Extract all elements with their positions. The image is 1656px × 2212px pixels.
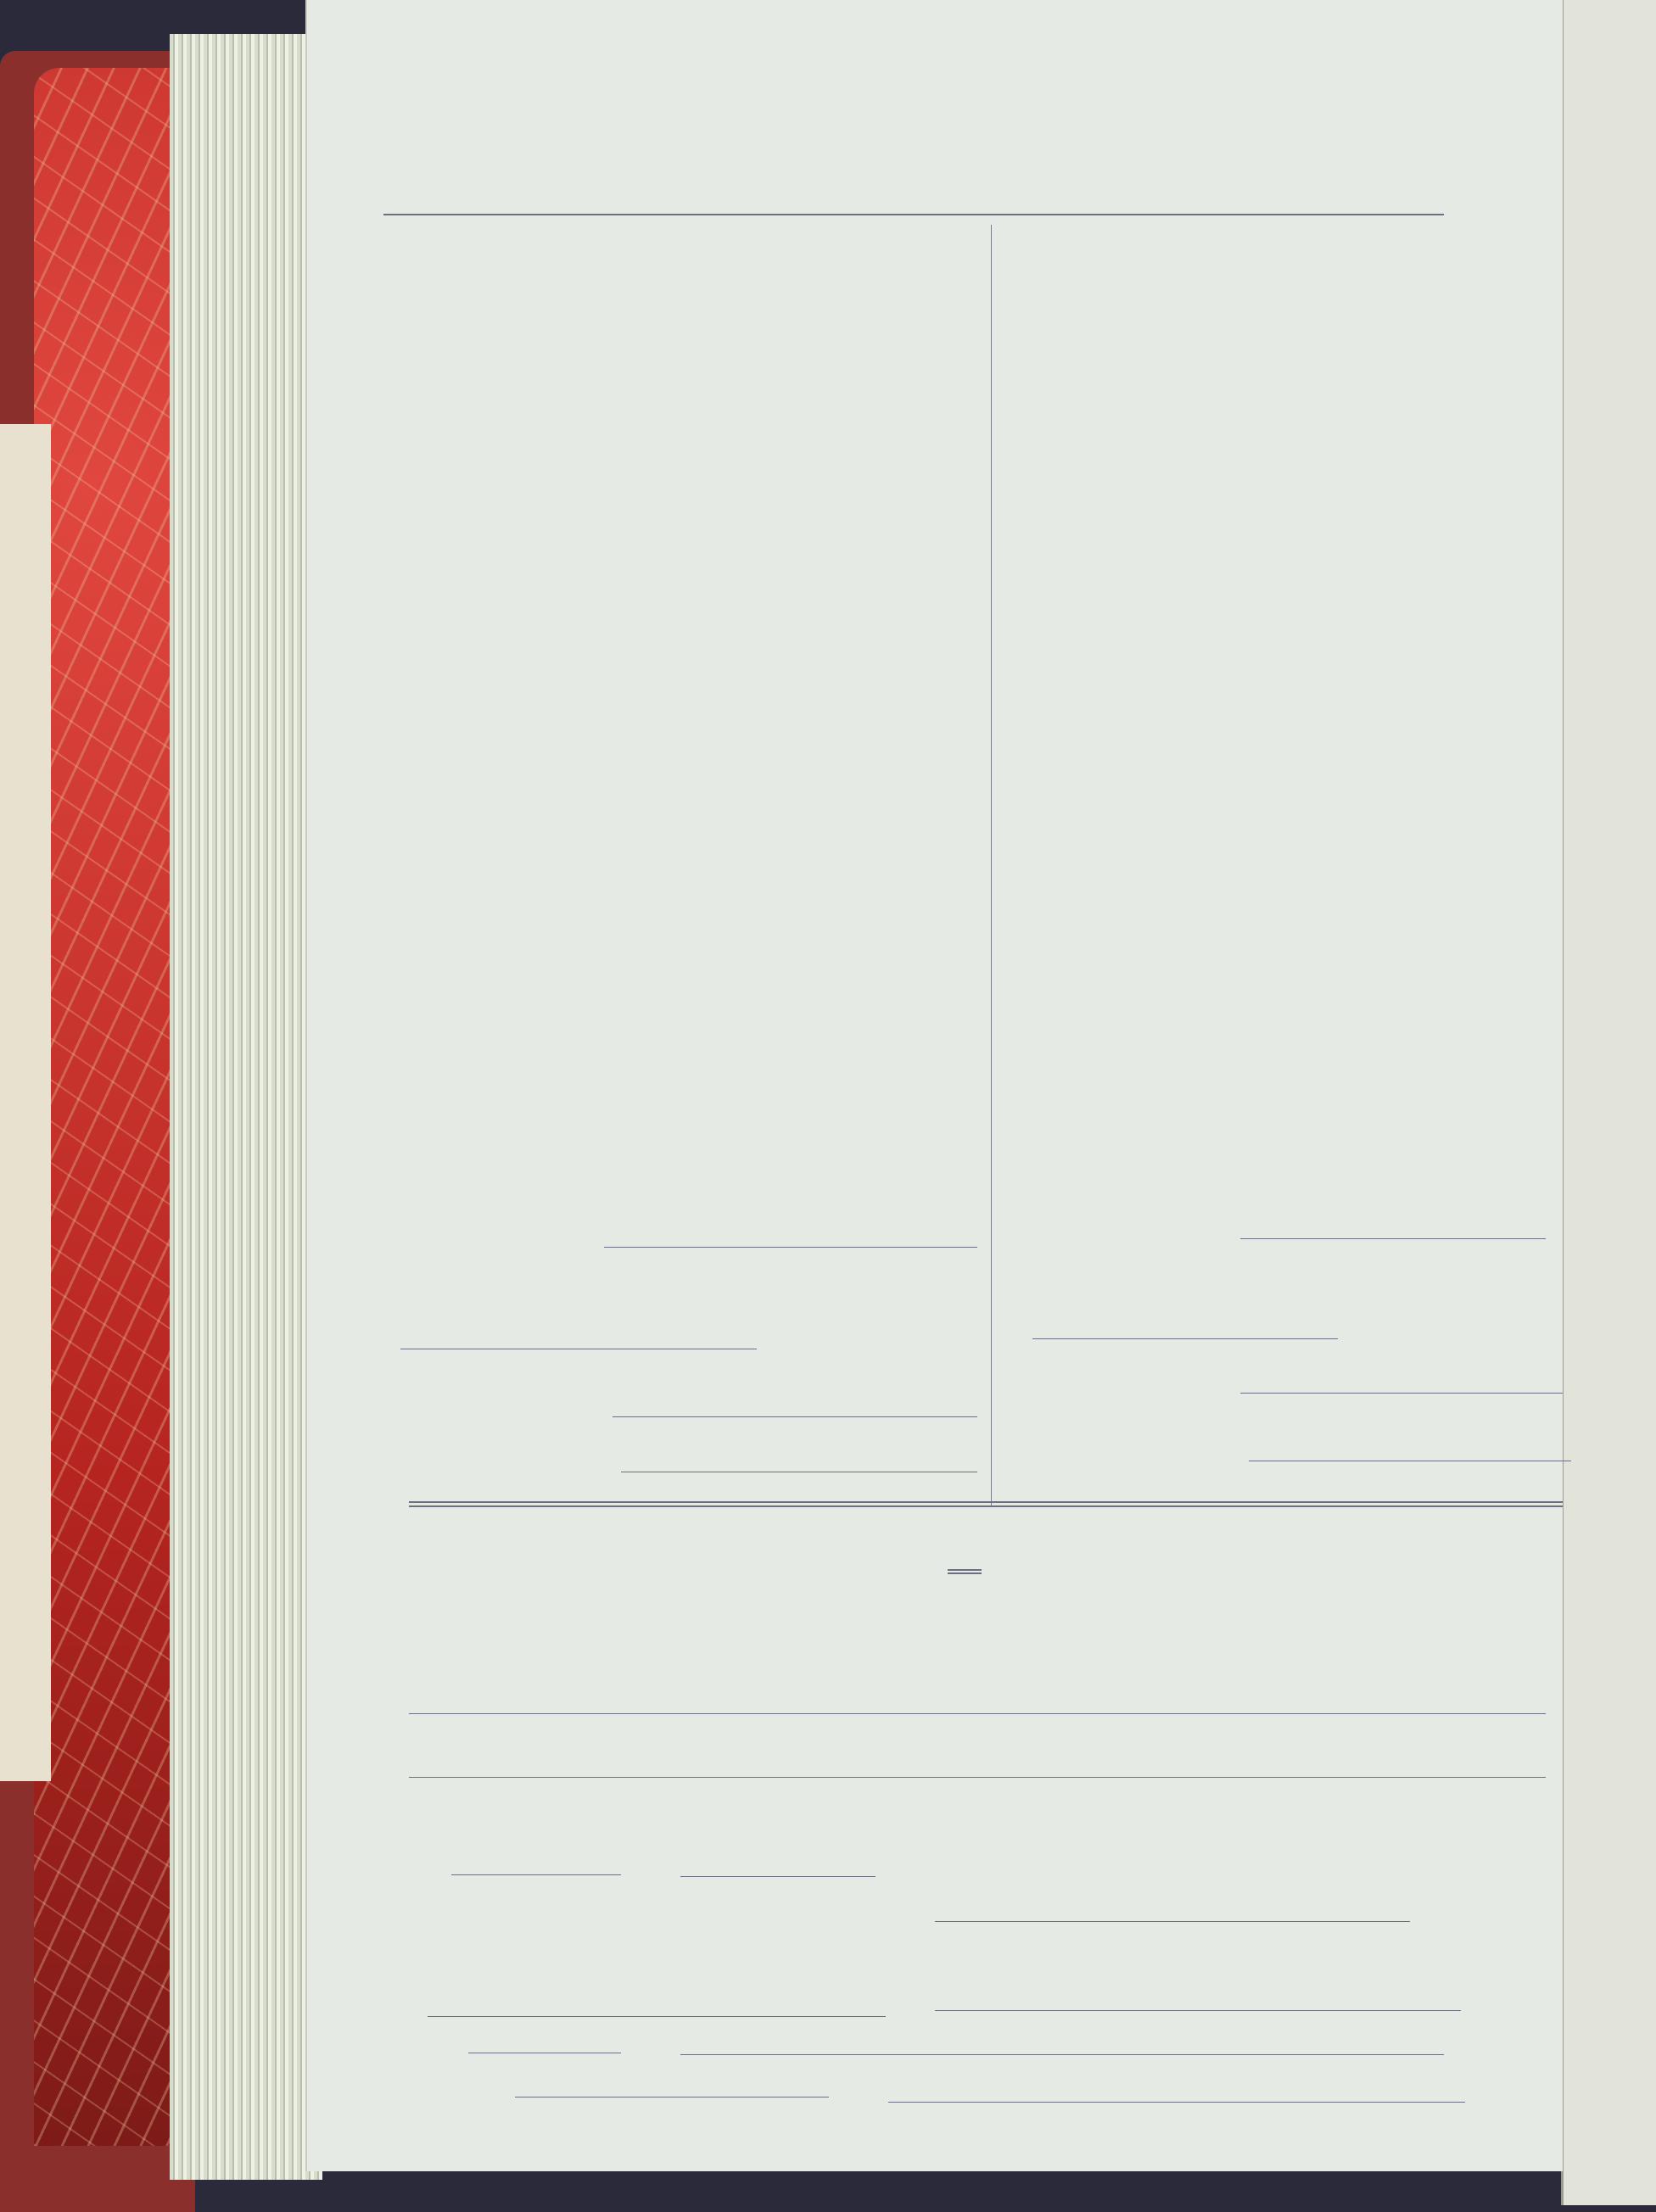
register-page	[305, 0, 1563, 2171]
next-page-fragment	[1561, 0, 1656, 2205]
page-edges	[170, 34, 322, 2180]
column-divider	[991, 225, 992, 1505]
spine-strip	[0, 424, 51, 1781]
